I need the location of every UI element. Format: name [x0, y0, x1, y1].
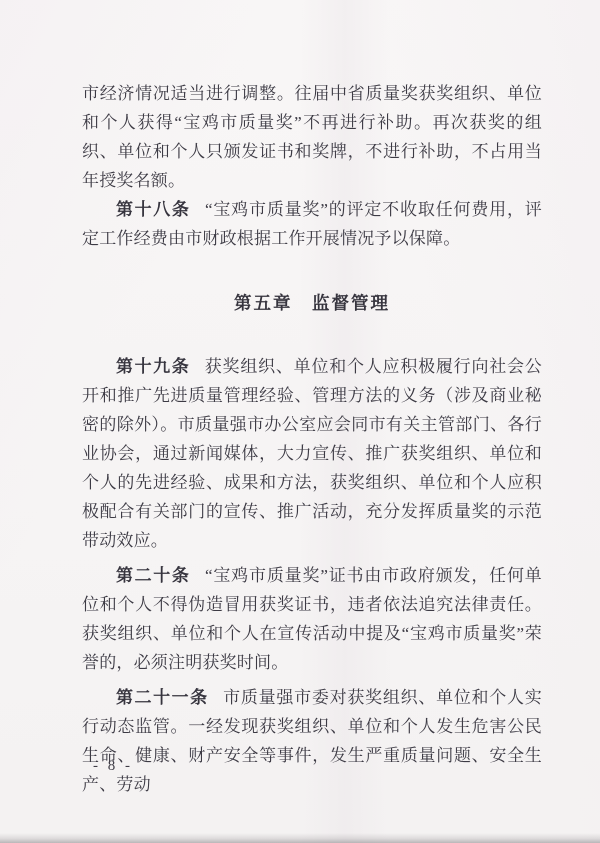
page-number: - 8 - — [93, 758, 133, 775]
paragraph-article-19: 第十九条获奖组织、单位和个人应积极履行向社会公开和推广先进质量管理经验、管理方法… — [82, 352, 542, 555]
paragraph-continuation: 市经济情况适当进行调整。往届中省质量奖获奖组织、单位和个人获得“宝鸡市质量奖”不… — [82, 79, 542, 195]
chapter-heading: 第五章 监督管理 — [82, 289, 542, 318]
page-edge-shadow — [0, 833, 600, 843]
article-number: 第二十条 — [116, 566, 191, 585]
article-number: 第十八条 — [116, 200, 191, 219]
paragraph-article-21: 第二十一条市质量强市委对获奖组织、单位和个人实行动态监管。一经发现获奖组织、单位… — [82, 683, 542, 799]
paragraph-text: 获奖组织、单位和个人应积极履行向社会公开和推广先进质量管理经验、管理方法的义务（… — [82, 357, 542, 550]
paragraph-article-18: 第十八条“宝鸡市质量奖”的评定不收取任何费用，评定工作经费由市财政根据工作开展情… — [82, 195, 542, 253]
article-number: 第十九条 — [116, 357, 190, 376]
paragraph-text: 市经济情况适当进行调整。往届中省质量奖获奖组织、单位和个人获得“宝鸡市质量奖”不… — [82, 84, 542, 190]
document-body: 市经济情况适当进行调整。往届中省质量奖获奖组织、单位和个人获得“宝鸡市质量奖”不… — [82, 79, 542, 799]
document-page: 市经济情况适当进行调整。往届中省质量奖获奖组织、单位和个人获得“宝鸡市质量奖”不… — [0, 0, 600, 843]
article-number: 第二十一条 — [116, 688, 209, 707]
paragraph-article-20: 第二十条“宝鸡市质量奖”证书由市政府颁发，任何单位和个人不得伪造冒用获奖证书，违… — [82, 561, 542, 677]
